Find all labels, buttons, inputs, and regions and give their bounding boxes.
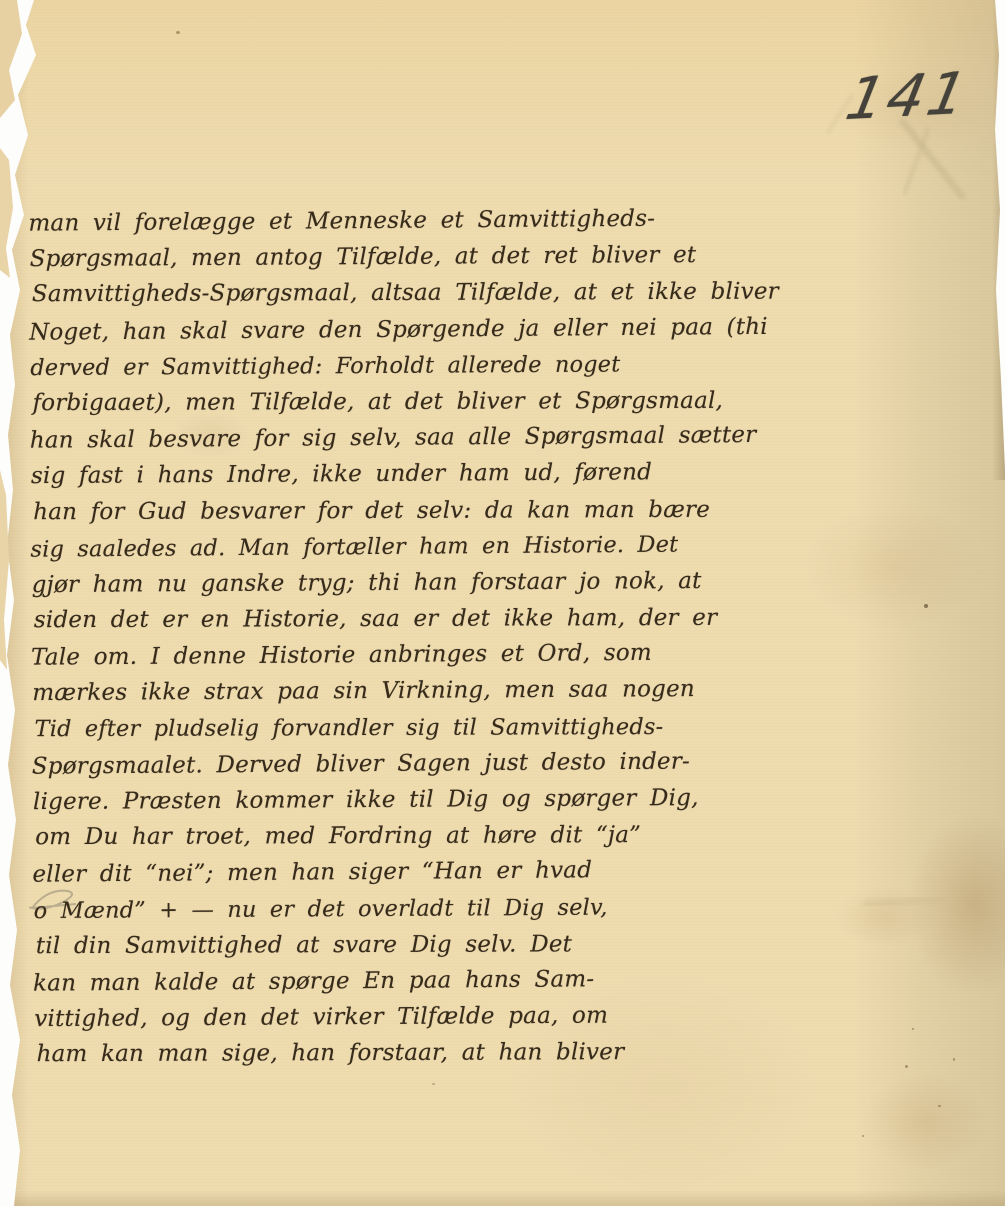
paper-sheet: 141 man vil forelægge et Menneske et Sam… (0, 0, 1005, 1206)
manuscript-line: eller dit “nei”; men han siger “Han er h… (32, 852, 712, 894)
torn-paper-fragment (0, 470, 9, 670)
torn-paper-fragment (0, 148, 13, 278)
manuscript-line: siden det er en Historie, saa er det ikk… (34, 600, 714, 639)
manuscript-line: forbigaaet), men Tilfælde, at det bliver… (33, 383, 713, 422)
manuscript-line: man vil forelægge et Menneske et Samvitt… (28, 200, 708, 242)
manuscript-line: o Mænd” + — nu er det overladt til Dig s… (34, 888, 714, 928)
manuscript-line: Spørgsmaalet. Derved bliver Sagen just d… (32, 743, 712, 785)
manuscript-line: derved er Samvittighed: Forholdt allered… (30, 346, 710, 386)
foxing-dot (938, 1105, 941, 1107)
manuscript-line: han skal besvare for sig selv, saa alle … (30, 417, 710, 459)
manuscript-line: han for Gud besvarer for det selv: da ka… (33, 491, 713, 530)
manuscript-line: sig fast i hans Indre, ikke under ham ud… (31, 454, 711, 494)
manuscript-line: sig saaledes ad. Man fortæller ham en Hi… (30, 526, 710, 568)
manuscript-text: man vil forelægge et Menneske et Samvitt… (29, 201, 714, 1074)
stain-streak (868, 898, 940, 905)
manuscript-line: til din Samvittighed at svare Dig selv. … (36, 926, 716, 965)
foxing-dot (912, 1028, 914, 1030)
foxing-dot (432, 1083, 435, 1085)
manuscript-line: Spørgsmaal, men antog Tilfælde, at det r… (30, 237, 710, 277)
manuscript-line: Samvittigheds-Spørgsmaal, altsaa Tilfæld… (32, 274, 712, 313)
foxing-dot (862, 1135, 864, 1137)
manuscript-line: Tale om. I denne Historie anbringes et O… (31, 635, 711, 677)
manuscript-line: Tid efter pludselig forvandler sig til S… (34, 708, 714, 747)
manuscript-line: ligere. Præsten kommer ikke til Dig og s… (33, 780, 713, 820)
foxing-dot (953, 1058, 955, 1061)
manuscript-line: gjør ham nu ganske tryg; thi han forstaa… (32, 563, 712, 603)
right-edge-shade (991, 0, 1005, 480)
manuscript-line: ham kan man sige, han forstaar, at han b… (36, 1034, 716, 1073)
foxing-dot (905, 1065, 908, 1068)
torn-paper-fragment (0, 0, 22, 118)
scanned-page: 141 man vil forelægge et Menneske et Sam… (0, 0, 1005, 1206)
page-number: 141 (841, 59, 975, 133)
manuscript-line: Noget, han skal svare den Spørgende ja e… (29, 309, 709, 351)
ink-speck (176, 31, 180, 34)
manuscript-line: kan man kalde at spørge En paa hans Sam- (33, 960, 713, 1002)
manuscript-line: mærkes ikke strax paa sin Virkning, men … (32, 671, 712, 711)
ink-speck (924, 604, 928, 608)
manuscript-line: om Du har troet, med Fordring at høre di… (35, 817, 715, 856)
manuscript-line: vittighed, og den det virker Tilfælde pa… (34, 997, 714, 1037)
